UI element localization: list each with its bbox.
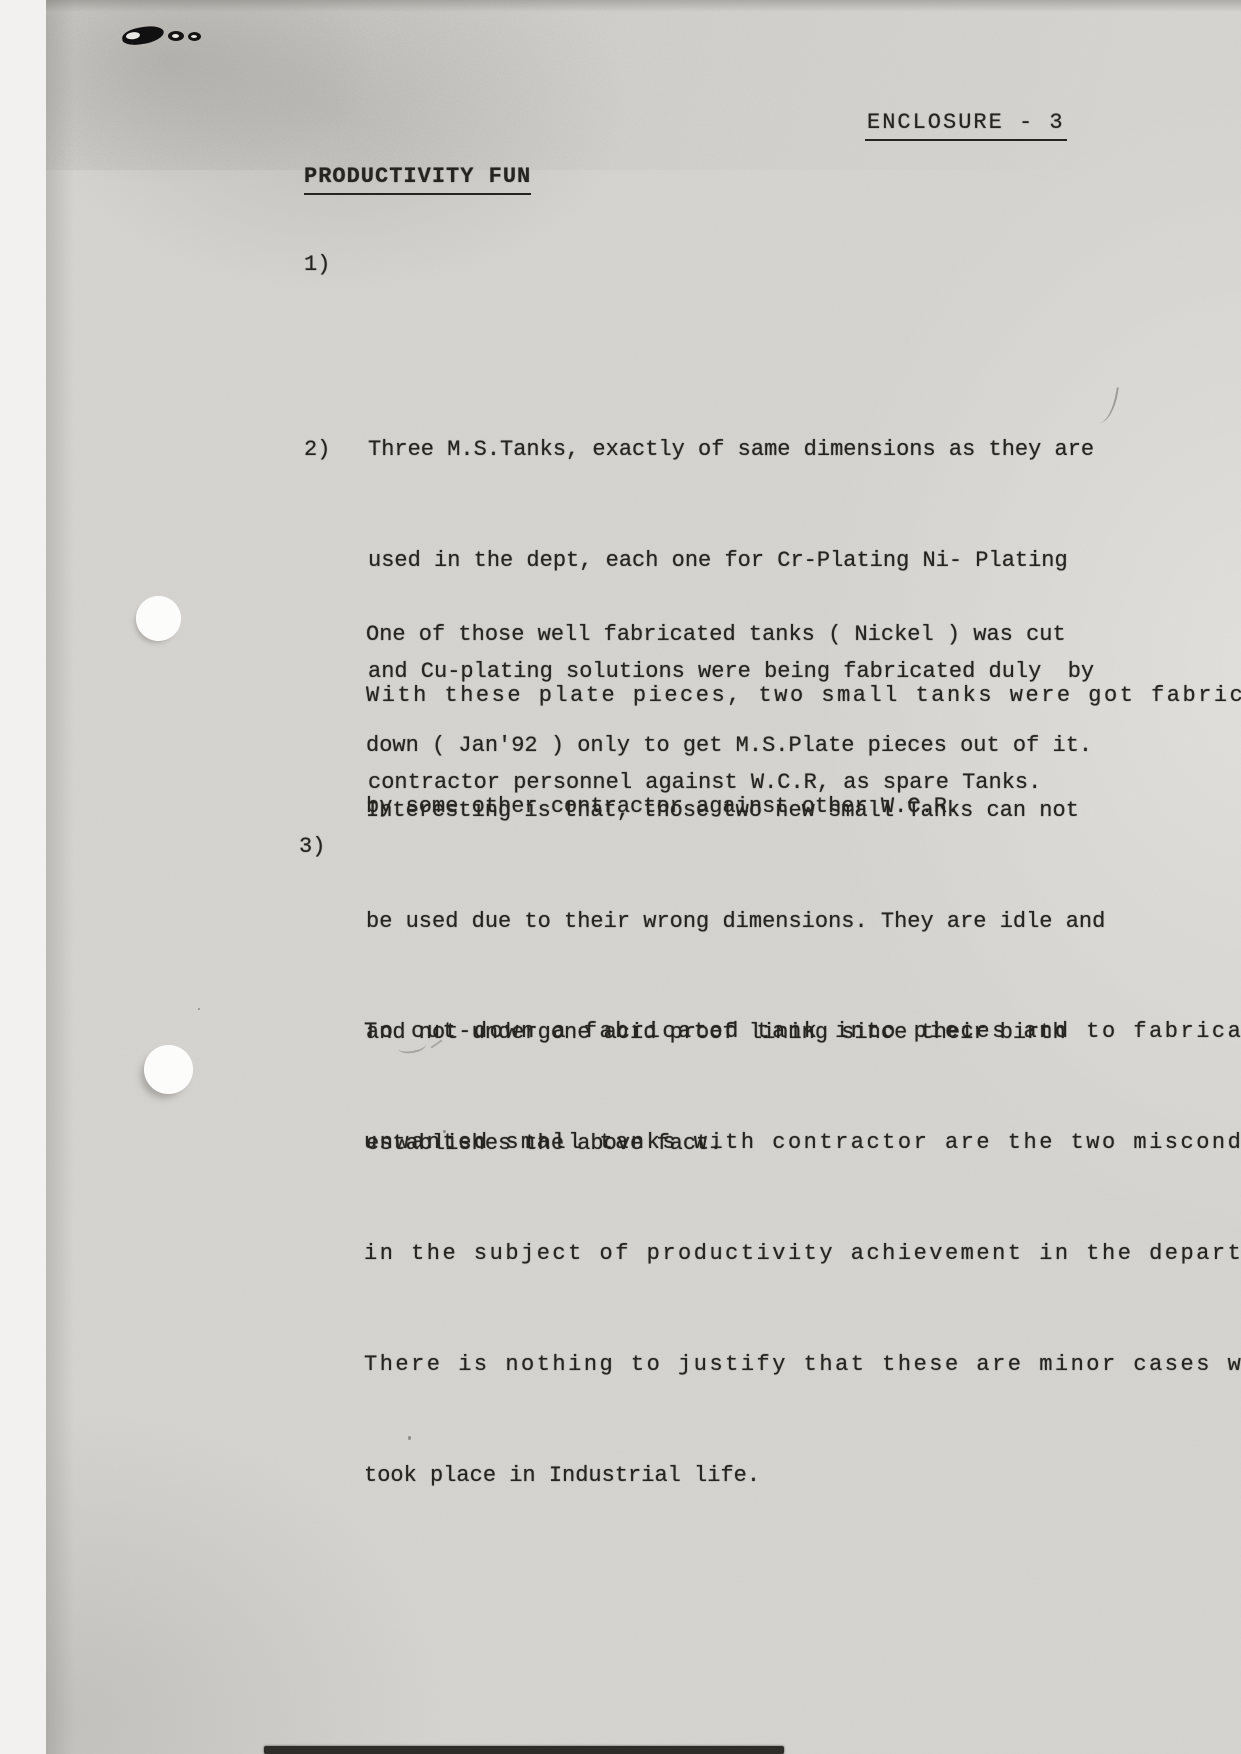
pen-stroke-mark xyxy=(1097,385,1119,425)
speck-mark xyxy=(443,1130,446,1133)
punch-hole-top xyxy=(136,596,181,641)
paragraph-3: 3) To cut-down a fabricated tank into pi… xyxy=(299,828,1241,1642)
photocopy-noise-band xyxy=(46,0,1241,170)
text-line: unwanted small tanks with contractor are… xyxy=(364,1124,1241,1161)
text-line: To cut-down a fabricated tank into piece… xyxy=(364,1013,1241,1050)
ink-smudge xyxy=(122,24,206,50)
ink-blob xyxy=(121,25,165,47)
text-line: There is nothing to justify that these a… xyxy=(364,1346,1241,1383)
speck-mark xyxy=(408,1436,411,1440)
ink-dash xyxy=(188,32,201,41)
text-line: took place in Industrial life. xyxy=(364,1457,1241,1494)
ink-dash xyxy=(168,31,184,41)
enclosure-label: ENCLOSURE - 3 xyxy=(865,108,1067,141)
page-title: PRODUCTIVITY FUN xyxy=(304,162,531,195)
text-line: Interesting is that, those two new small… xyxy=(366,792,1105,829)
paragraph-number: 1) xyxy=(304,246,330,283)
punch-hole-bottom xyxy=(144,1045,193,1094)
paper-sheet: ENCLOSURE - 3 PRODUCTIVITY FUN 1) Three … xyxy=(46,0,1241,1754)
speck-mark xyxy=(198,1008,200,1010)
scanned-document-page: ENCLOSURE - 3 PRODUCTIVITY FUN 1) Three … xyxy=(0,0,1241,1754)
scan-edge-bar xyxy=(264,1746,784,1754)
text-line: in the subject of productivity achieveme… xyxy=(364,1235,1241,1272)
paragraph-number: 2) xyxy=(304,431,330,468)
paragraph-number: 3) xyxy=(299,828,325,865)
